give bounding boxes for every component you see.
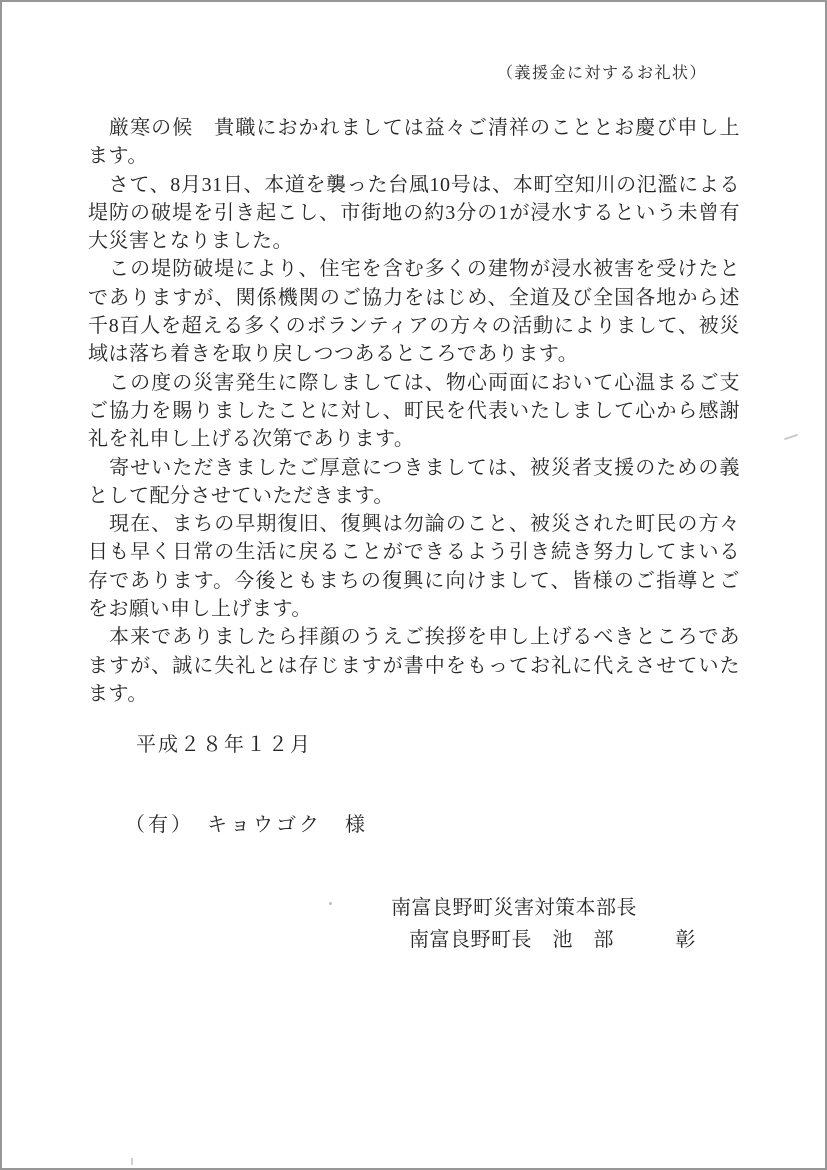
body-line: 千8百人を超える多くのボランティアの方々の活動によりまして、被災地 [88,312,740,340]
body-line: として配分させていただきます。 [88,482,740,510]
body-line: 厳寒の候 貴職におかれましては益々ご清祥のこととお慶び申し上げ [88,114,740,142]
scan-artifact [131,1158,133,1165]
body-line: この堤防破堤により、住宅を含む多くの建物が浸水被害を受けたところ [88,255,740,283]
letter-body: 厳寒の候 貴職におかれましては益々ご清祥のこととお慶び申し上げ ます。 さて、8… [88,114,740,708]
body-line: ます。 [88,680,740,708]
body-line: ご協力を賜りましたことに対し、町民を代表いたしまして心から感謝とお [88,397,740,425]
body-line: 日も早く日常の生活に戻ることができるよう引き続き努力してまいる所 [88,538,740,566]
body-line: でありますが、関係機関のご協力をはじめ、全道及び全国各地から述べ5 [88,284,740,312]
body-line: ますが、誠に失礼とは存じますが書中をもってお礼に代えさせていただき [88,652,740,680]
scanned-letter-page: （義援金に対するお礼状） 厳寒の候 貴職におかれましては益々ご清祥のこととお慶び… [0,0,827,1170]
body-line: 礼を礼申し上げる次第であります。 [88,425,740,453]
body-line: 大災害となりました。 [88,227,740,255]
body-line: さて、8月31日、本道を襲った台風10号は、本町空知川の氾濫による [88,171,740,199]
body-line: 堤防の破堤を引き起こし、市街地の約3分の1が浸水するという未曾有の [88,199,740,227]
signature-name: 南富良野町長 池 部 彰 [409,923,696,952]
body-line: 現在、まちの早期復旧、復興は勿論のこと、被災された町民の方々が一 [88,510,740,538]
body-line: 存であります。今後ともまちの復興に向けまして、皆様のご指導とご協力 [88,567,740,595]
body-line: をお願い申し上げます。 [88,595,740,623]
body-line: ます。 [88,142,740,170]
letter-addressee: （有） キョウゴク 様 [125,808,368,837]
body-line: 本来でありましたら拝顔のうえご挨拶を申し上げるべきところであり [88,623,740,651]
scan-artifact [784,434,798,440]
body-line: 域は落ち着きを取り戻しつつあるところであります。 [88,340,740,368]
body-line: 寄せいただきましたご厚意につきましては、被災者支援のための義援金 [88,454,740,482]
body-line: この度の災害発生に際しましては、物心両面において心温まるご支援、 [88,369,740,397]
scan-artifact [329,902,332,905]
letter-date: 平成２８年１２月 [136,728,312,757]
signature-title: 南富良野町災害対策本部長 [391,891,637,920]
letter-subject-note: （義援金に対するお礼状） [497,60,707,83]
